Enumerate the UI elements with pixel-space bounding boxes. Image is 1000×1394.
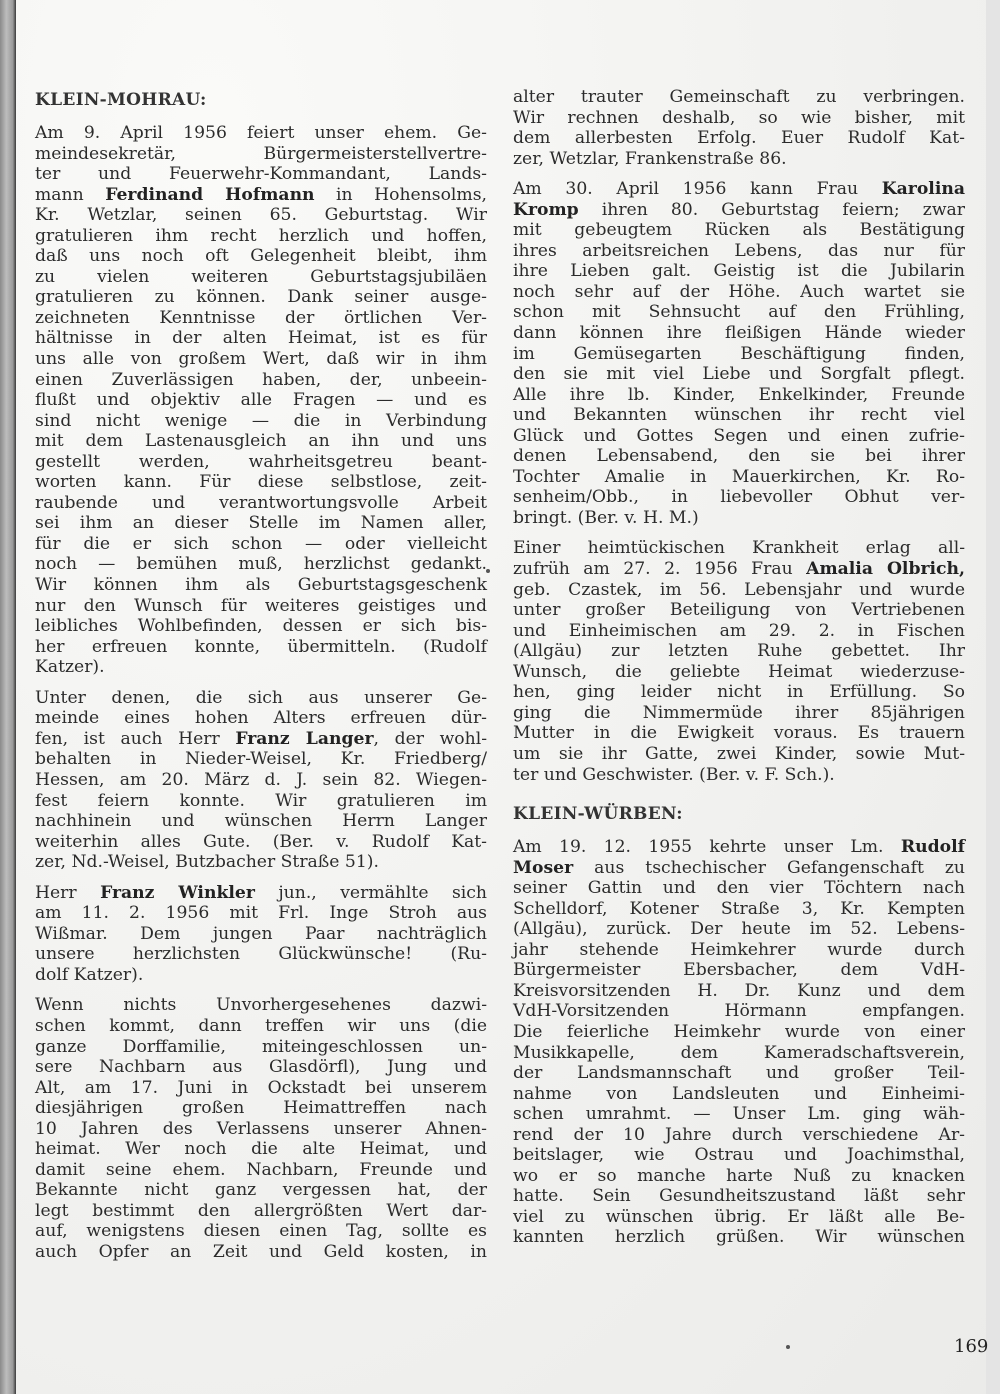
person-name: Amalia Olbrich,: [806, 559, 965, 579]
text-line: Die feierliche Heimkehr wurde von einer: [513, 1022, 965, 1043]
person-name: Ferdinand Hofmann: [105, 185, 314, 205]
text-line: den sie mit viel Liebe und Sorgfalt pfle…: [513, 364, 965, 385]
text-line: rend der 10 Jahre durch verschiedene Ar-: [513, 1125, 965, 1146]
text-line: im Gemüsegarten Beschäftigung finden,: [513, 344, 965, 365]
text-line: behalten in Nieder-Weisel, Kr. Friedberg…: [35, 749, 487, 770]
text-line: dem allerbesten Erfolg. Euer Rudolf Kat-: [513, 128, 965, 149]
text-line: einen Zuverlässigen haben, der, unbeein-: [35, 370, 487, 391]
text-line: Mutter in die Ewigkeit voraus. Es trauer…: [513, 723, 965, 744]
right-column-paragraphs-bottom: Am 19. 12. 1955 kehrte unser Lm. RudolfM…: [513, 837, 965, 1248]
text-line: Am 19. 12. 1955 kehrte unser Lm. Rudolf: [513, 837, 965, 858]
text-line: damit seine ehem. Nachbarn, Freunde und: [35, 1160, 487, 1181]
text-line: sei ihm an dieser Stelle im Namen aller,: [35, 513, 487, 534]
text-line: gestellt werden, wahrheitsgetreu beant-: [35, 452, 487, 473]
text-line: denen Lebensabend, den sie bei ihrer: [513, 446, 965, 467]
text-line: meinde eines hohen Alters erfreuen dür-: [35, 708, 487, 729]
text-line: Am 9. April 1956 feiert unser ehem. Ge-: [35, 123, 487, 144]
text-line: alter trauter Gemeinschaft zu verbringen…: [513, 87, 965, 108]
text-line: Wißmar. Dem jungen Paar nachträglich: [35, 924, 487, 945]
right-column-paragraphs-top: alter trauter Gemeinschaft zu verbringen…: [513, 87, 965, 785]
print-speck: [486, 569, 490, 573]
text-line: und Bekannten wünschen ihr recht viel: [513, 405, 965, 426]
section-heading-klein-mohrau: KLEIN-MOHRAU:: [35, 89, 487, 111]
text-line: viel zu wünschen übrig. Er läßt alle Be-: [513, 1207, 965, 1228]
text-line: schen umrahmt. — Unser Lm. ging wäh-: [513, 1104, 965, 1125]
text-line: am 11. 2. 1956 mit Frl. Inge Stroh aus: [35, 903, 487, 924]
article-paragraph: Am 19. 12. 1955 kehrte unser Lm. RudolfM…: [513, 837, 965, 1248]
article-paragraph: Am 9. April 1956 feiert unser ehem. Ge-m…: [35, 123, 487, 678]
article-paragraph: Wenn nichts Unvorhergesehenes dazwi-sche…: [35, 995, 487, 1262]
text-line: schen kommt, dann treffen wir uns (die: [35, 1016, 487, 1037]
text-line: Wir rechnen deshalb, so wie bisher, mit: [513, 108, 965, 129]
text-line: Glück und Gottes Segen und einen zufrie-: [513, 426, 965, 447]
text-line: uns alle von großem Wert, daß wir in ihm: [35, 349, 487, 370]
text-line: sere Nachbarn aus Glasdörfl), Jung und: [35, 1057, 487, 1078]
text-line: 10 Jahren des Verlassens unserer Ahnen-: [35, 1119, 487, 1140]
article-paragraph: Herr Franz Winkler jun., vermählte sicha…: [35, 883, 487, 986]
text-line: diesjährigen großen Heimattreffen nach: [35, 1098, 487, 1119]
text-line: dolf Katzer).: [35, 965, 487, 986]
text-line: Wunsch, die geliebte Heimat wiederzuse-: [513, 662, 965, 683]
text-line: Bürgermeister Ebersbacher, dem VdH-: [513, 960, 965, 981]
book-binding-edge: [0, 0, 16, 1394]
text-line: worten kann. Für diese selbstlose, zeit-: [35, 472, 487, 493]
text-line: nachhinein und wünschen Herrn Langer: [35, 811, 487, 832]
text-line: zer, Wetzlar, Frankenstraße 86.: [513, 149, 965, 170]
text-line: sind nicht wenige — die in Verbindung: [35, 411, 487, 432]
text-line: unsere herzlichsten Glückwünsche! (Ru-: [35, 944, 487, 965]
text-line: der Landsmannschaft und großer Teil-: [513, 1063, 965, 1084]
article-paragraph: alter trauter Gemeinschaft zu verbringen…: [513, 87, 965, 169]
text-line: Kr. Wetzlar, seinen 65. Geburtstag. Wir: [35, 205, 487, 226]
page-number: 169: [954, 1336, 988, 1357]
text-line: legt bestimmt den allergrößten Wert dar-: [35, 1201, 487, 1222]
text-line: noch — bemühen muß, herzlichst gedankt.: [35, 554, 487, 575]
text-line: jahr stehende Heimkehrer wurde durch: [513, 940, 965, 961]
text-line: schon mit Sehnsucht auf den Frühling,: [513, 302, 965, 323]
text-line: raubende und verantwortungsvolle Arbeit: [35, 493, 487, 514]
text-line: kannten herzlich grüßen. Wir wünschen: [513, 1227, 965, 1248]
text-line: Tochter Amalie in Mauerkirchen, Kr. Ro-: [513, 467, 965, 488]
text-line: Alt, am 17. Juni in Ockstadt bei unserem: [35, 1078, 487, 1099]
text-line: her erfreuen konnte, übermitteln. (Rudol…: [35, 637, 487, 658]
text-line: heimat. Wer noch die alte Heimat, und: [35, 1139, 487, 1160]
left-column-paragraphs: Am 9. April 1956 feiert unser ehem. Ge-m…: [35, 123, 487, 1263]
text-line: ihres arbeitsreichen Lebens, das nur für: [513, 241, 965, 262]
text-line: Schelldorf, Kotener Straße 3, Kr. Kempte…: [513, 899, 965, 920]
text-line: noch sehr auf der Höhe. Auch wartet sie: [513, 282, 965, 303]
text-line: zer, Nd.-Weisel, Butzbacher Straße 51).: [35, 852, 487, 873]
article-paragraph: Unter denen, die sich aus unserer Ge-mei…: [35, 688, 487, 873]
document-page: KLEIN-MOHRAU: Am 9. April 1956 feiert un…: [16, 0, 986, 1394]
text-line: mit dem Lastenausgleich an ihn und uns: [35, 431, 487, 452]
text-line: auf, wenigstens diesen einen Tag, sollte…: [35, 1221, 487, 1242]
text-line: Kreisvorsitzenden H. Dr. Kunz und dem: [513, 981, 965, 1002]
text-line: mann Ferdinand Hofmann in Hohensolms,: [35, 185, 487, 206]
text-line: Am 30. April 1956 kann Frau Karolina: [513, 179, 965, 200]
text-line: Einer heimtückischen Krankheit erlag all…: [513, 538, 965, 559]
text-line: Hessen, am 20. März d. J. sein 82. Wiege…: [35, 770, 487, 791]
text-line: nur den Wunsch für weiteres geistiges un…: [35, 596, 487, 617]
text-line: Kromp ihren 80. Geburtstag feiern; zwar: [513, 200, 965, 221]
text-line: wo er so manche harte Nuß zu knacken: [513, 1166, 965, 1187]
text-line: daß uns noch oft Gelegenheit bleibt, ihm: [35, 246, 487, 267]
text-line: Katzer).: [35, 657, 487, 678]
text-line: Wenn nichts Unvorhergesehenes dazwi-: [35, 995, 487, 1016]
text-line: fen, ist auch Herr Franz Langer, der woh…: [35, 729, 487, 750]
text-line: Herr Franz Winkler jun., vermählte sich: [35, 883, 487, 904]
article-paragraph: Am 30. April 1956 kann Frau KarolinaKrom…: [513, 179, 965, 528]
person-name: Karolina: [882, 179, 965, 199]
text-line: auch Opfer an Zeit und Geld kosten, in: [35, 1242, 487, 1263]
text-line: zeichneten Kenntnisse der örtlichen Ver-: [35, 308, 487, 329]
text-line: senheim/Obb., in liebevoller Obhut ver-: [513, 487, 965, 508]
section-heading-klein-wuerben: KLEIN-WÜRBEN:: [513, 803, 965, 825]
text-line: VdH-Vorsitzenden Hörmann empfangen.: [513, 1001, 965, 1022]
text-line: geb. Czastek, im 56. Lebensjahr und wurd…: [513, 580, 965, 601]
text-line: dann können ihre fleißigen Hände wieder: [513, 323, 965, 344]
text-line: (Allgäu) zur letzten Ruhe gebettet. Ihr: [513, 641, 965, 662]
text-line: zufrüh am 27. 2. 1956 Frau Amalia Olbric…: [513, 559, 965, 580]
print-speck: [786, 1345, 790, 1349]
person-name: Franz Langer: [235, 729, 373, 749]
text-line: ihre Lieben galt. Geistig ist die Jubila…: [513, 261, 965, 282]
text-line: ging die Nimmermüde ihrer 85jährigen: [513, 703, 965, 724]
text-line: flußt und objektiv alle Fragen — und es: [35, 390, 487, 411]
text-line: ter und Feuerwehr-Kommandant, Lands-: [35, 164, 487, 185]
text-line: Unter denen, die sich aus unserer Ge-: [35, 688, 487, 709]
text-line: unter großer Beteiligung von Vertriebene…: [513, 600, 965, 621]
text-line: mit gebeugtem Rücken als Bestätigung: [513, 220, 965, 241]
text-line: hältnisse in der alten Heimat, ist es fü…: [35, 328, 487, 349]
text-line: leibliches Wohlbefinden, dessen er sich …: [35, 616, 487, 637]
text-line: hatte. Sein Gesundheitszustand läßt sehr: [513, 1186, 965, 1207]
text-line: ter und Geschwister. (Ber. v. F. Sch.).: [513, 765, 965, 786]
text-line: Wir können ihm als Geburtstagsgeschenk: [35, 575, 487, 596]
text-line: beitslager, wie Ostrau und Joachimsthal,: [513, 1145, 965, 1166]
text-line: zu vielen weiteren Geburtstagsjubiläen: [35, 267, 487, 288]
person-name: Kromp: [513, 200, 579, 220]
text-line: gratulieren ihm recht herzlich und hoffe…: [35, 226, 487, 247]
text-line: weiterhin alles Gute. (Ber. v. Rudolf Ka…: [35, 832, 487, 853]
article-paragraph: Einer heimtückischen Krankheit erlag all…: [513, 538, 965, 785]
text-line: für die er sich schon — oder vielleicht: [35, 534, 487, 555]
person-name: Franz Winkler: [100, 883, 255, 903]
text-line: und Einheimischen am 29. 2. in Fischen: [513, 621, 965, 642]
text-line: meindesekretär, Bürgermeisterstellvertre…: [35, 144, 487, 165]
person-name: Rudolf: [901, 837, 965, 857]
text-line: Musikkapelle, dem Kameradschaftsverein,: [513, 1043, 965, 1064]
text-line: Moser aus tschechischer Gefangenschaft z…: [513, 858, 965, 879]
person-name: Moser: [513, 858, 573, 878]
text-line: seiner Gattin und den vier Töchtern nach: [513, 878, 965, 899]
text-line: nahme von Landsleuten und Einheimi-: [513, 1084, 965, 1105]
text-line: um sie ihr Gatte, zwei Kinder, sowie Mut…: [513, 744, 965, 765]
text-line: (Allgäu), zurück. Der heute im 52. Leben…: [513, 919, 965, 940]
text-line: fest feiern konnte. Wir gratulieren im: [35, 791, 487, 812]
text-line: Bekannte nicht ganz vergessen hat, der: [35, 1180, 487, 1201]
text-line: ganze Dorffamilie, miteingeschlossen un-: [35, 1037, 487, 1058]
text-line: gratulieren zu können. Dank seiner ausge…: [35, 287, 487, 308]
text-line: hen, ging leider nicht in Erfüllung. So: [513, 682, 965, 703]
left-column: KLEIN-MOHRAU: Am 9. April 1956 feiert un…: [35, 89, 487, 1273]
right-column: alter trauter Gemeinschaft zu verbringen…: [513, 87, 965, 1258]
text-line: bringt. (Ber. v. H. M.): [513, 508, 965, 529]
text-line: Alle ihre lb. Kinder, Enkelkinder, Freun…: [513, 385, 965, 406]
